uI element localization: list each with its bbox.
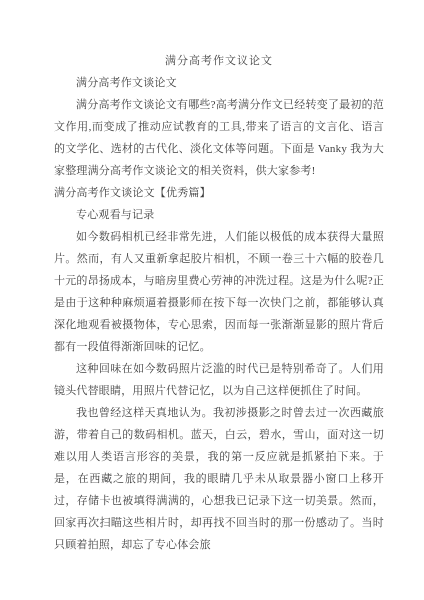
subsection-heading: 专心观看与记录 — [54, 204, 384, 226]
body-paragraph-1: 如今数码相机已经非常先进，人们能以极低的成本获得大量照片。然而，有人又重新拿起胶… — [54, 226, 384, 358]
body-paragraph-3: 我也曾经这样天真地认为。我初涉摄影之时曾去过一次西藏旅游，带着自己的数码相机。蓝… — [54, 402, 384, 556]
document-page: 满分高考作文议论文 满分高考作文谈论文 满分高考作文谈论文有哪些?高考满分作文已… — [0, 0, 424, 600]
section-heading: 满分高考作文谈论文【优秀篇】 — [54, 182, 384, 204]
subtitle-line: 满分高考作文谈论文 — [54, 72, 384, 94]
intro-paragraph: 满分高考作文谈论文有哪些?高考满分作文已经转变了最初的范文作用,而变成了推动应试… — [54, 94, 384, 182]
body-paragraph-2: 这种回味在如今数码照片泛滥的时代已是特别希奇了。人们用镜头代替眼睛，用照片代替记… — [54, 358, 384, 402]
document-title: 满分高考作文议论文 — [54, 50, 384, 72]
